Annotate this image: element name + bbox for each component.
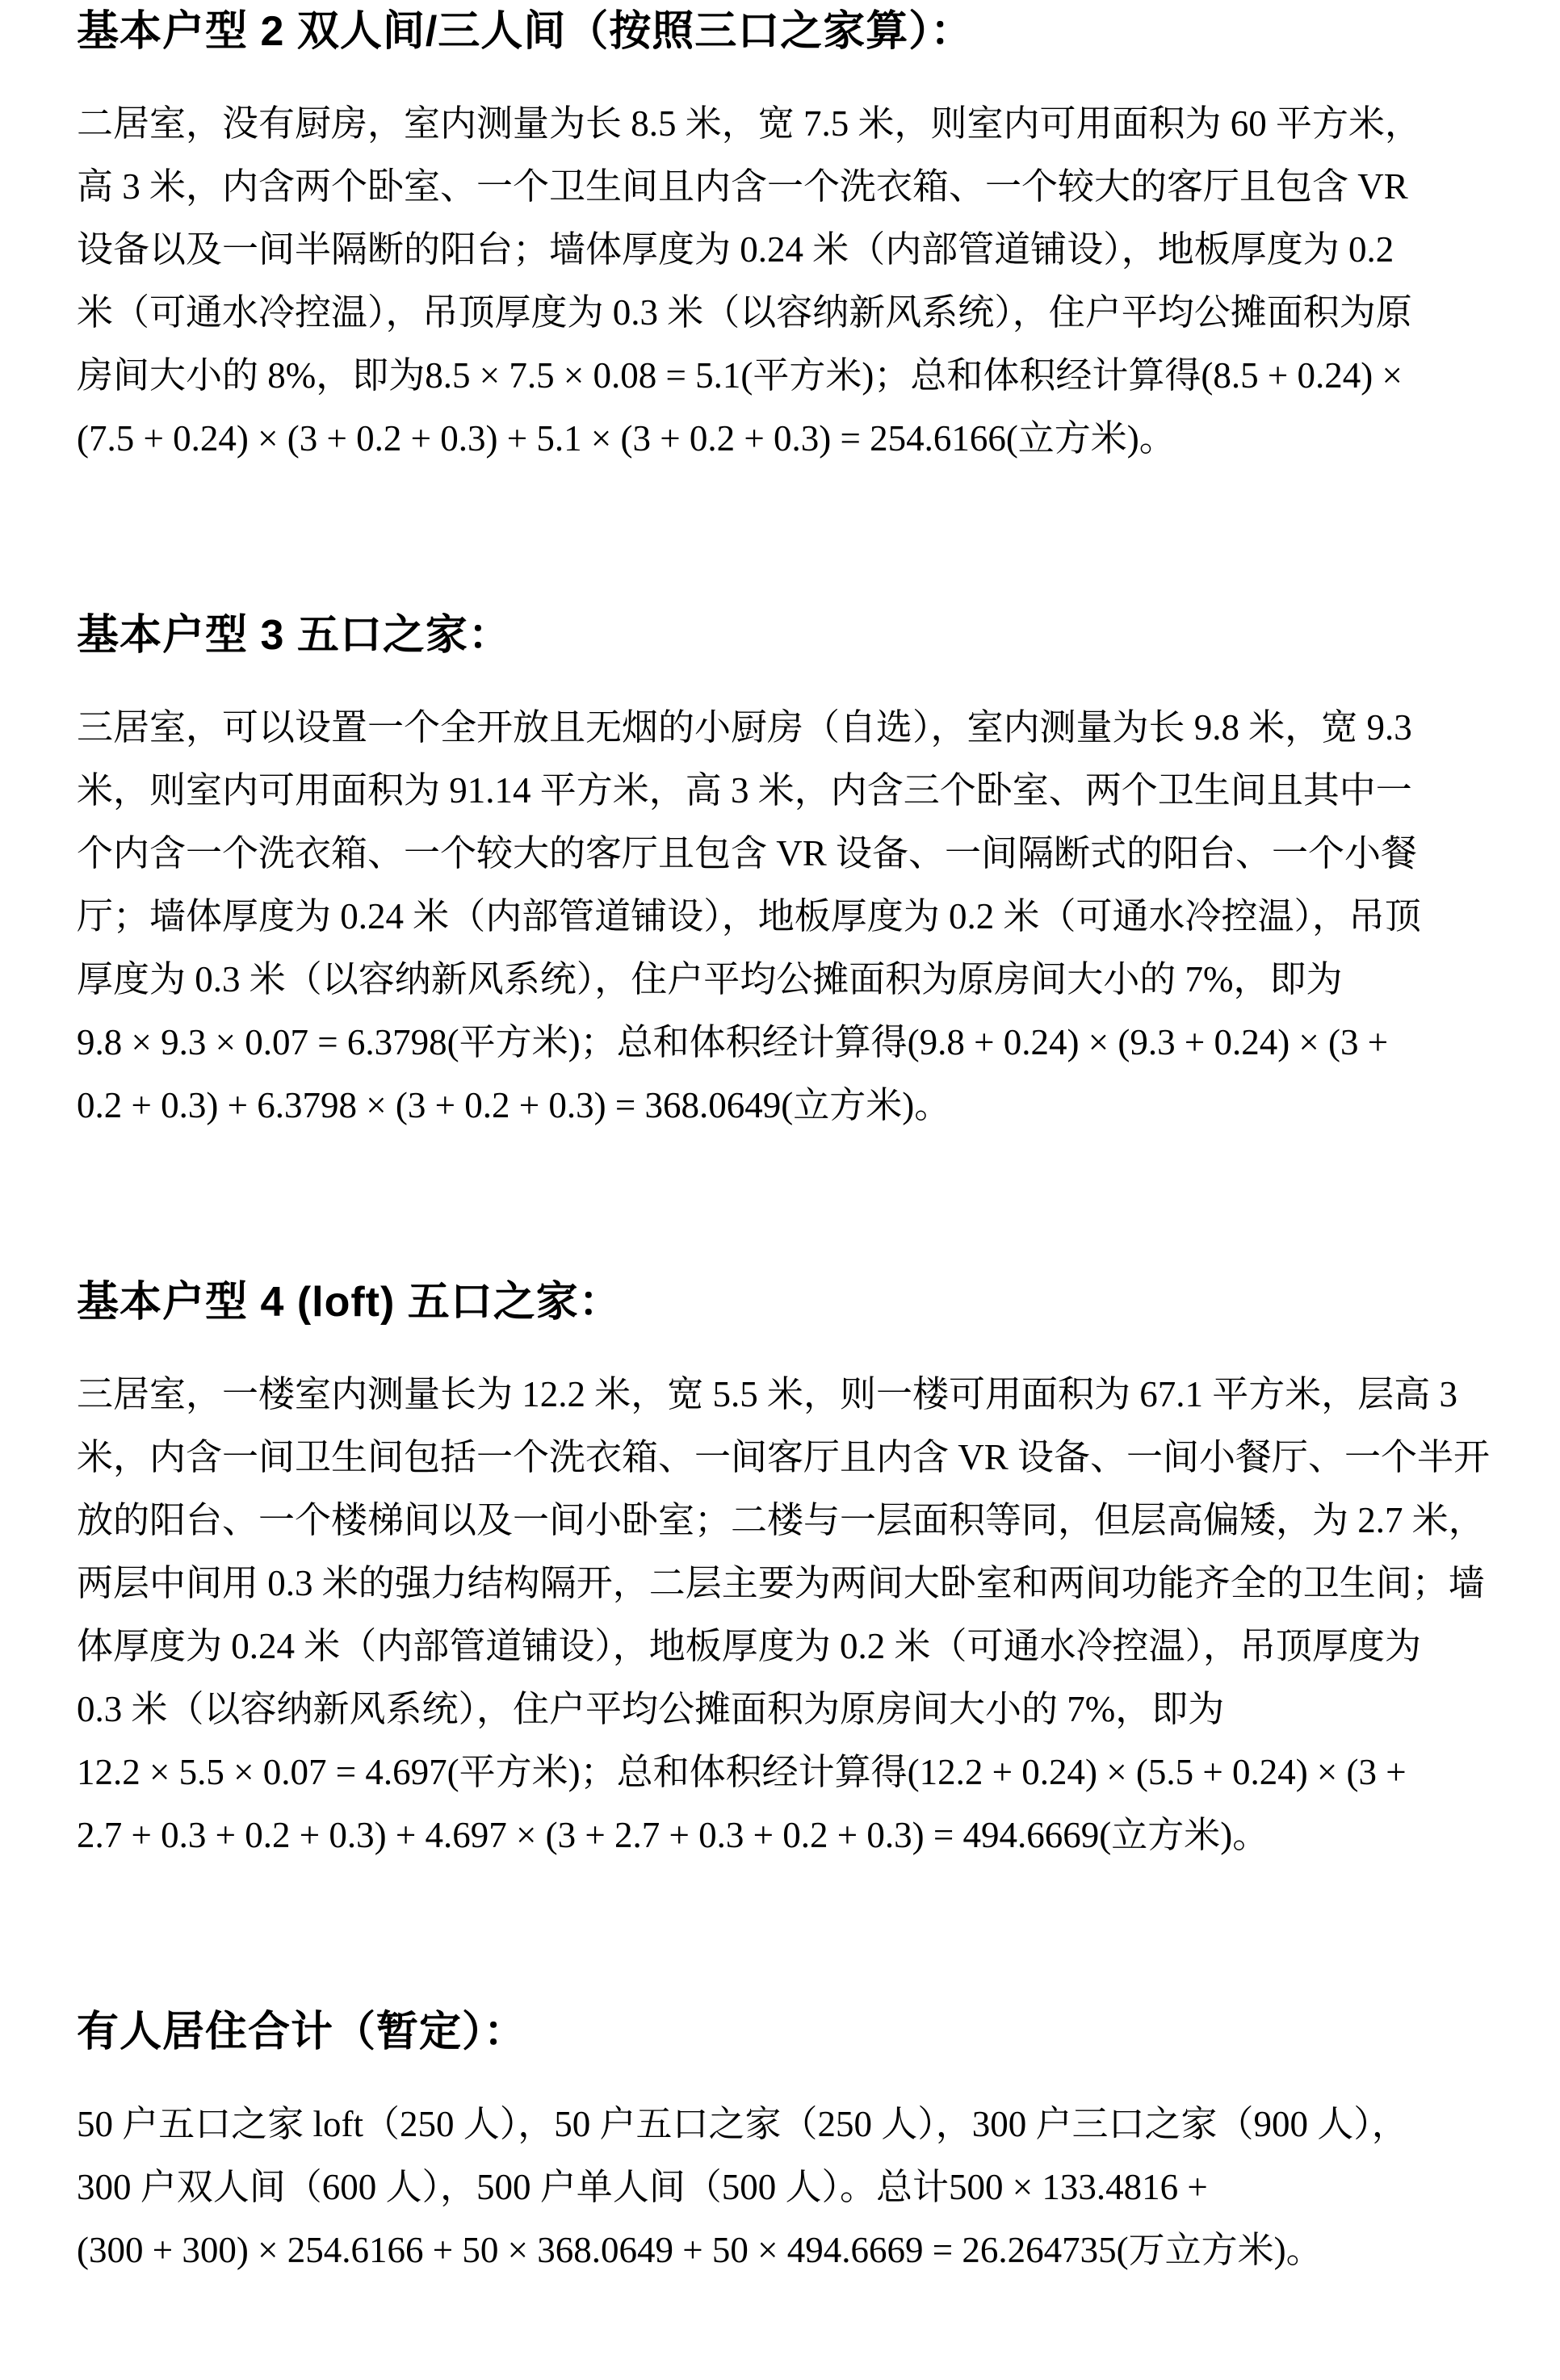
section-occupancy-total: 有人居住合计（暂定）： 50 户五口之家 loft（250 人），50 户五口之… (77, 2004, 1495, 2282)
text-line: (7.5 + 0.24) × (3 + 0.2 + 0.3) + 5.1 × (… (77, 407, 1495, 470)
text-line: 0.3 米（以容纳新风系统），住户平均公摊面积为原房间大小的 7%，即为 (77, 1678, 1495, 1741)
text-line: 米，则室内可用面积为 91.14 平方米，高 3 米，内含三个卧室、两个卫生间且… (77, 759, 1495, 822)
text-line: 三居室，一楼室内测量长为 12.2 米，宽 5.5 米，则一楼可用面积为 67.… (77, 1363, 1495, 1426)
paragraph: 三居室，可以设置一个全开放且无烟的小厨房（自选），室内测量为长 9.8 米，宽 … (77, 696, 1495, 1137)
text-line: 高 3 米，内含两个卧室、一个卫生间且内含一个洗衣箱、一个较大的客厅且包含 VR (77, 155, 1495, 218)
section-heading: 基本户型 2 双人间/三人间（按照三口之家算）： (77, 3, 1495, 60)
section-housing-type-2: 基本户型 2 双人间/三人间（按照三口之家算）： 二居室，没有厨房，室内测量为长… (77, 3, 1495, 470)
text-line: 个内含一个洗衣箱、一个较大的客厅且包含 VR 设备、一间隔断式的阳台、一个小餐 (77, 822, 1495, 885)
text-line: 体厚度为 0.24 米（内部管道铺设），地板厚度为 0.2 米（可通水冷控温），… (77, 1615, 1495, 1678)
text-line: 厅；墙体厚度为 0.24 米（内部管道铺设），地板厚度为 0.2 米（可通水冷控… (77, 885, 1495, 948)
paragraph: 50 户五口之家 loft（250 人），50 户五口之家（250 人），300… (77, 2093, 1495, 2282)
document-page: 基本户型 2 双人间/三人间（按照三口之家算）： 二居室，没有厨房，室内测量为长… (0, 0, 1560, 2380)
section-heading: 基本户型 3 五口之家： (77, 607, 1495, 664)
text-line: 2.7 + 0.3 + 0.2 + 0.3) + 4.697 × (3 + 2.… (77, 1804, 1495, 1867)
section-housing-type-4-loft: 基本户型 4 (loft) 五口之家： 三居室，一楼室内测量长为 12.2 米，… (77, 1274, 1495, 1867)
text-line: 300 户双人间（600 人），500 户单人间（500 人）。总计500 × … (77, 2156, 1495, 2219)
text-line: 9.8 × 9.3 × 0.07 = 6.3798(平方米)；总和体积经计算得(… (77, 1011, 1495, 1074)
text-line: 米，内含一间卫生间包括一个洗衣箱、一间客厅且内含 VR 设备、一间小餐厅、一个半… (77, 1426, 1495, 1489)
text-line: 放的阳台、一个楼梯间以及一间小卧室；二楼与一层面积等同，但层高偏矮，为 2.7 … (77, 1489, 1495, 1552)
section-heading: 基本户型 4 (loft) 五口之家： (77, 1274, 1495, 1330)
text-line: 房间大小的 8%，即为8.5 × 7.5 × 0.08 = 5.1(平方米)；总… (77, 344, 1495, 407)
text-line: 12.2 × 5.5 × 0.07 = 4.697(平方米)；总和体积经计算得(… (77, 1741, 1495, 1804)
paragraph: 三居室，一楼室内测量长为 12.2 米，宽 5.5 米，则一楼可用面积为 67.… (77, 1363, 1495, 1867)
section-heading: 有人居住合计（暂定）： (77, 2004, 1495, 2060)
text-line: (300 + 300) × 254.6166 + 50 × 368.0649 +… (77, 2219, 1495, 2282)
text-line: 厚度为 0.3 米（以容纳新风系统），住户平均公摊面积为原房间大小的 7%，即为 (77, 948, 1495, 1011)
text-line: 0.2 + 0.3) + 6.3798 × (3 + 0.2 + 0.3) = … (77, 1074, 1495, 1137)
text-line: 二居室，没有厨房，室内测量为长 8.5 米，宽 7.5 米，则室内可用面积为 6… (77, 92, 1495, 155)
text-line: 三居室，可以设置一个全开放且无烟的小厨房（自选），室内测量为长 9.8 米，宽 … (77, 696, 1495, 759)
text-line: 设备以及一间半隔断的阳台；墙体厚度为 0.24 米（内部管道铺设），地板厚度为 … (77, 218, 1495, 281)
section-housing-type-3: 基本户型 3 五口之家： 三居室，可以设置一个全开放且无烟的小厨房（自选），室内… (77, 607, 1495, 1137)
text-line: 50 户五口之家 loft（250 人），50 户五口之家（250 人），300… (77, 2093, 1495, 2156)
text-line: 米（可通水冷控温），吊顶厚度为 0.3 米（以容纳新风系统），住户平均公摊面积为… (77, 281, 1495, 344)
paragraph: 二居室，没有厨房，室内测量为长 8.5 米，宽 7.5 米，则室内可用面积为 6… (77, 92, 1495, 470)
text-line: 两层中间用 0.3 米的强力结构隔开，二层主要为两间大卧室和两间功能齐全的卫生间… (77, 1552, 1495, 1615)
